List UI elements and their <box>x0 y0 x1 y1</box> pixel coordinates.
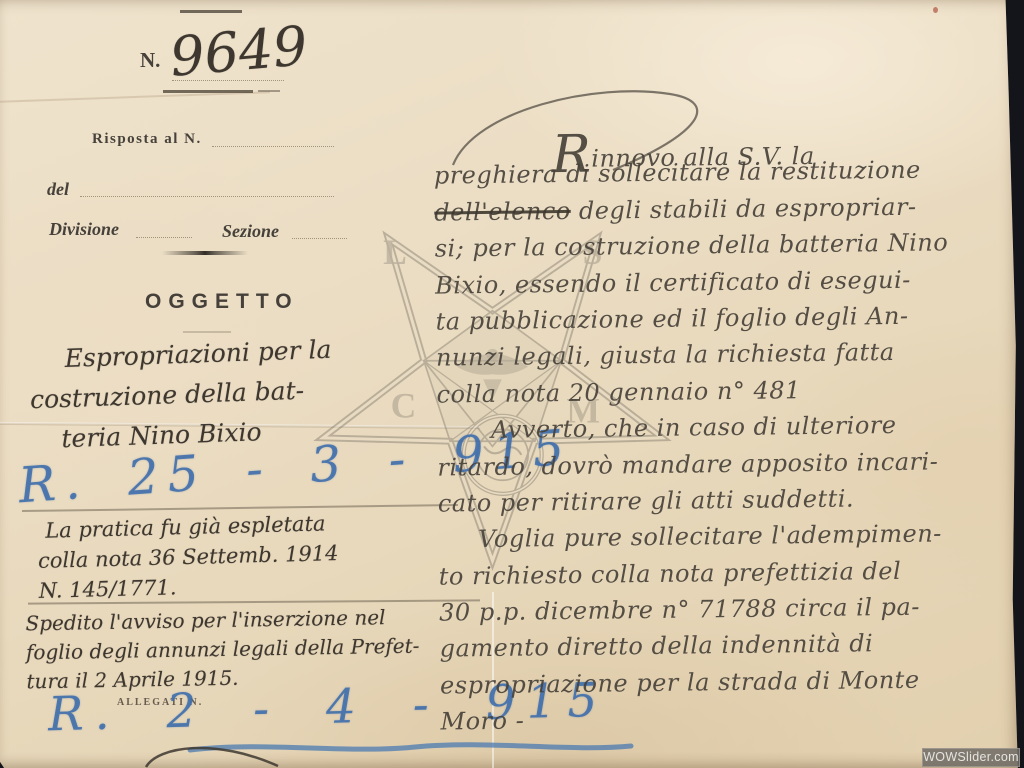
struck-text: dell'elenco <box>434 197 571 227</box>
letter-line: Moro - <box>440 701 1024 745</box>
seal-letter-C: C <box>391 386 417 426</box>
sezione-label: Sezione <box>222 221 279 242</box>
divider-ornament <box>162 251 248 255</box>
wowslider-credit[interactable]: WOWSlider.com <box>922 748 1020 767</box>
oggetto-heading: OGGETTO <box>145 290 299 314</box>
ink-flourish-bottom <box>140 744 285 768</box>
seal-letter-L: L <box>383 232 407 272</box>
photographed-document: L S C M N. 9649 Risposta al N. del Divis… <box>0 0 1024 768</box>
divisione-label: Divisione <box>49 219 119 240</box>
annotation-note-1: La pratica fu già espletata colla nota 3… <box>37 508 340 606</box>
header-rule <box>180 10 242 13</box>
risposta-dotline <box>212 146 334 147</box>
del-label: del <box>47 179 69 200</box>
letter-line: Rinnovo alla S.V. la <box>551 118 1019 160</box>
risposta-label: Risposta al N. <box>92 131 202 148</box>
sezione-dotline <box>292 238 347 239</box>
letter-line-text: degli stabili da espropriar- <box>571 192 917 224</box>
number-dotline <box>172 80 284 81</box>
number-value: 9649 <box>168 14 310 89</box>
letter-initial: R <box>551 129 591 181</box>
number-underline-dash <box>258 90 280 92</box>
divisione-dotline <box>136 237 192 238</box>
letter-body: Rinnovo alla S.V. la preghiera di sollec… <box>433 118 1024 744</box>
del-dotline <box>80 196 334 197</box>
number-label: N. <box>140 48 160 73</box>
number-underline <box>163 90 253 93</box>
